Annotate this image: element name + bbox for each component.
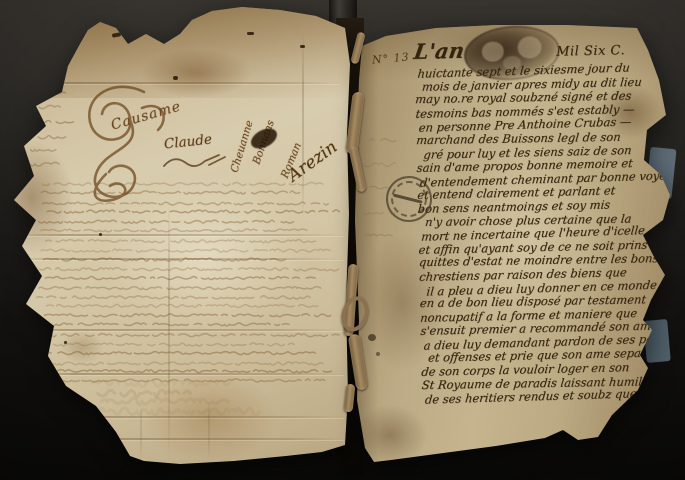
ink-speck xyxy=(173,76,178,80)
crease xyxy=(140,404,142,460)
manuscript-word-lan: L'an xyxy=(413,44,465,59)
flourish-word: Causame xyxy=(109,98,183,133)
manuscript-word-milsix: Mil Six C. xyxy=(556,44,625,59)
stain xyxy=(60,330,104,364)
crease xyxy=(12,329,346,331)
ink-speck xyxy=(247,32,254,35)
paraph-flourish xyxy=(162,152,232,178)
left-page-fold-band xyxy=(4,4,352,98)
right-page-parchment: N° 13 L'an Mil Six C. huictante sep xyxy=(346,18,682,470)
folio-number-annotation: N° 13 xyxy=(372,50,411,66)
stain xyxy=(140,48,252,98)
ghost-letter-traces xyxy=(90,380,270,422)
crease xyxy=(20,82,340,84)
diagonal-script-word: Cheuanne xyxy=(229,119,256,174)
faded-text-block xyxy=(34,180,340,388)
left-page-highlight xyxy=(104,174,304,334)
crease xyxy=(168,204,170,462)
crease xyxy=(208,400,210,460)
stain xyxy=(352,404,428,466)
right-page: N° 13 L'an Mil Six C. huictante sep xyxy=(346,18,682,470)
ink-speck xyxy=(99,233,102,236)
stain xyxy=(4,140,74,256)
signature-claude: Claude xyxy=(163,132,212,153)
photo-stage: Causame Claude Cheuanne Bonnans Roman Ar… xyxy=(0,0,685,480)
left-page: Causame Claude Cheuanne Bonnans Roman Ar… xyxy=(4,4,352,470)
ink-speck xyxy=(64,341,67,344)
crease xyxy=(18,258,344,260)
crease xyxy=(34,416,344,418)
left-page-parchment: Causame Claude Cheuanne Bonnans Roman Ar… xyxy=(4,4,352,470)
ink-speck xyxy=(112,32,122,38)
stain-spot xyxy=(376,352,380,356)
margin-marks xyxy=(26,90,80,182)
crease xyxy=(64,438,344,440)
crease xyxy=(24,373,344,375)
stain-spot xyxy=(368,334,376,341)
crease xyxy=(302,30,304,220)
ink-speck xyxy=(300,45,305,48)
manuscript-text-block: L'an Mil Six C. huictante sept et le six… xyxy=(414,39,674,406)
manuscript-lines: huictante sept et le sixiesme jour dumoi… xyxy=(414,61,674,406)
stain xyxy=(142,372,278,464)
crease xyxy=(14,234,344,236)
